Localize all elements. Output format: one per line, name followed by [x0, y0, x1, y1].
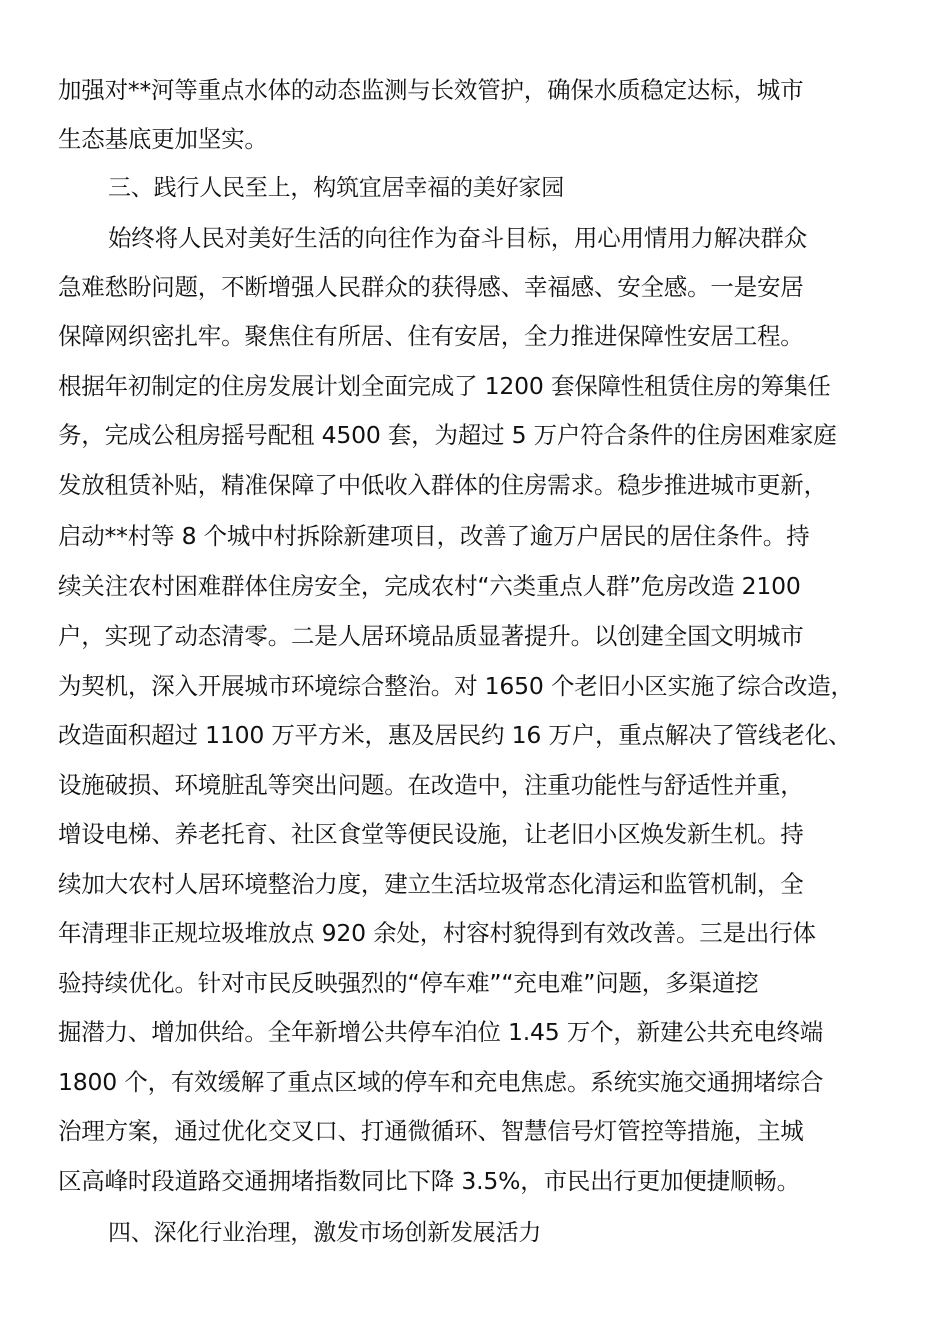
body-text-line: 生态基底更加坚实。: [58, 121, 268, 157]
body-text-line: 发放租赁补贴，精准保障了中低收入群体的住房需求。稳步推进城市更新，: [58, 467, 827, 503]
body-text-line: 务，完成公租房摇号配租 4500 套，为超过 5 万户符合条件的住房困难家庭: [58, 417, 837, 453]
body-text-line: 启动**村等 8 个城中村拆除新建项目，改善了逾万户居民的居住条件。持: [58, 518, 809, 554]
body-text-line: 保障网织密扎牢。聚焦住有所居、住有安居，全力推进保障性安居工程。: [58, 318, 804, 354]
section-heading-3: 三、践行人民至上，构筑宜居幸福的美好家园: [108, 170, 564, 206]
body-text-line: 改造面积超过 1100 万平方米，惠及居民约 16 万户，重点解决了管线老化、: [58, 717, 851, 753]
body-text-line: 续加大农村人居环境整治力度，建立生活垃圾常态化清运和监管机制，全: [58, 866, 804, 902]
body-text-line: 治理方案，通过优化交叉口、打通微循环、智慧信号灯管控等措施，主城: [58, 1113, 804, 1149]
body-text-line: 掘潜力、增加供给。全年新增公共停车泊位 1.45 万个，新建公共充电终端: [58, 1014, 823, 1050]
body-text-line: 年清理非正规垃圾堆放点 920 余处，村容村貌得到有效改善。三是出行体: [58, 915, 816, 951]
body-text-line: 为契机，深入开展城市环境综合整治。对 1650 个老旧小区实施了综合改造，: [58, 668, 854, 704]
body-text-line: 增设电梯、养老托育、社区食堂等便民设施，让老旧小区焕发新生机。持: [58, 816, 804, 852]
body-text-line: 加强对**河等重点水体的动态监测与长效管护，确保水质稳定达标，城市: [58, 72, 803, 108]
body-text-line: 设施破损、环境脏乱等突出问题。在改造中，注重功能性与舒适性并重，: [58, 767, 804, 803]
paragraph-first-line: 始终将人民对美好生活的向往作为奋斗目标，用心用情用力解决群众: [108, 220, 807, 256]
body-text-line: 区高峰时段道路交通拥堵指数同比下降 3.5%，市民出行更加便捷顺畅。: [58, 1163, 800, 1199]
body-text-line: 续关注农村困难群体住房安全，完成农村“六类重点人群”危房改造 2100: [58, 568, 801, 604]
section-heading-4: 四、深化行业治理，激发市场创新发展活力: [108, 1215, 541, 1251]
body-text-line: 急难愁盼问题，不断增强人民群众的获得感、幸福感、安全感。一是安居: [58, 269, 804, 305]
document-page: 加强对**河等重点水体的动态监测与长效管护，确保水质稳定达标，城市 生态基底更加…: [0, 0, 950, 1344]
body-text-line: 1800 个，有效缓解了重点区域的停车和充电焦虑。系统实施交通拥堵综合: [58, 1064, 823, 1100]
body-text-line: 根据年初制定的住房发展计划全面完成了 1200 套保障性租赁住房的筹集任: [58, 368, 831, 404]
body-text-line: 验持续优化。针对市民反映强烈的“停车难”“充电难”问题，多渠道挖: [58, 965, 758, 1001]
body-text-line: 户，实现了动态清零。二是人居环境品质显著提升。以创建全国文明城市: [58, 618, 804, 654]
